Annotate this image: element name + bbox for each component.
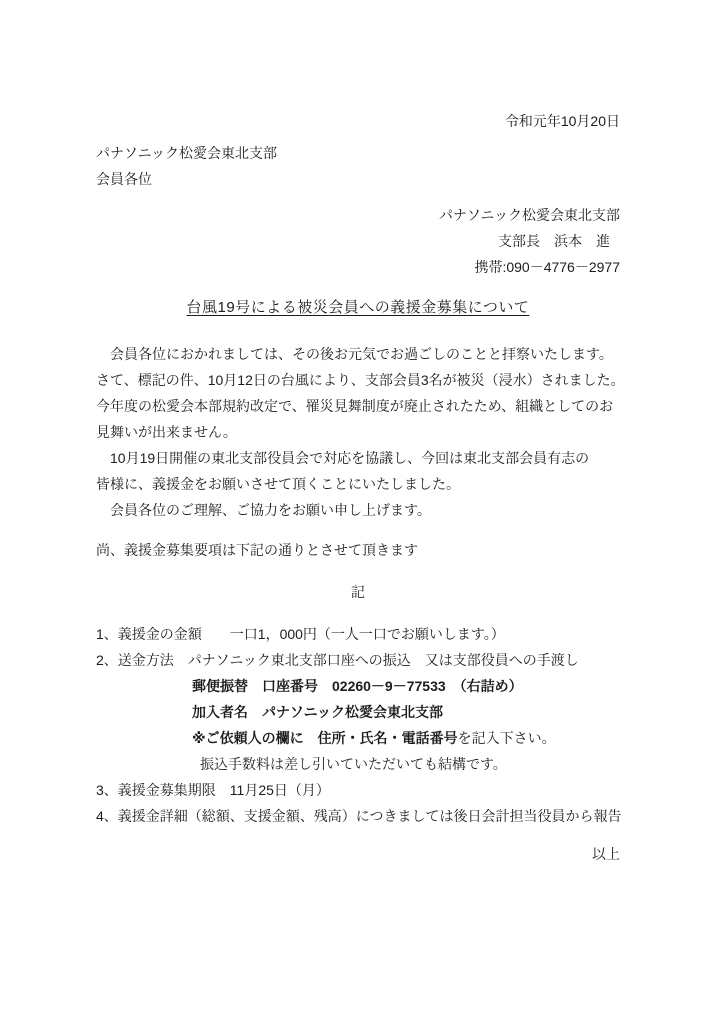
recipient-salutation: 会員各位 xyxy=(96,166,620,192)
body-line: 見舞いが出来ません。 xyxy=(96,419,620,445)
body-line: 今年度の松愛会本部規約改定で、罹災見舞制度が廃止されたため、組織としてのお xyxy=(96,393,620,419)
body-line: 会員各位におかれましては、その後お元気でお過ごしのことと拝察いたします。 xyxy=(96,341,620,367)
body-line: 会員各位のご理解、ご協力をお願い申し上げます。 xyxy=(96,497,620,523)
sender-chief: 支部長 浜本 進 xyxy=(96,228,620,254)
letter-page: 令和元年10月20日 パナソニック松愛会東北支部 会員各位 パナソニック松愛会東… xyxy=(0,0,724,1024)
recipient-block: パナソニック松愛会東北支部 会員各位 xyxy=(96,140,620,192)
date-line: 令和元年10月20日 xyxy=(96,108,620,134)
document-title: 台風19号による被災会員への義援金募集について xyxy=(187,299,530,316)
record-marker: 記 xyxy=(96,579,620,605)
sender-org: パナソニック松愛会東北支部 xyxy=(96,202,620,228)
remitter-note-bold: ※ご依頼人の欄に 住所・氏名・電話番号 xyxy=(192,730,458,746)
list-item-amount: 1、義援金の金額 一口1，000円（一人一口でお願いします。） xyxy=(96,621,620,647)
remitter-note-rest: を記入下さい。 xyxy=(458,730,556,746)
recipient-org: パナソニック松愛会東北支部 xyxy=(96,140,620,166)
remitter-note-line: ※ご依頼人の欄に 住所・氏名・電話番号を記入下さい。 xyxy=(96,725,620,751)
list-item-method: 2、送金方法 パナソニック東北支部口座への振込 又は支部役員への手渡し xyxy=(96,647,620,673)
fee-note-line: 振込手数料は差し引いていただいても結構です。 xyxy=(96,751,620,777)
notice-line: 尚、義援金募集要項は下記の通りとさせて頂きます xyxy=(96,537,620,563)
sender-phone: 携帯:090－4776－2977 xyxy=(96,254,620,280)
title-row: 台風19号による被災会員への義援金募集について xyxy=(96,294,620,321)
account-holder-line: 加入者名 パナソニック松愛会東北支部 xyxy=(96,699,620,725)
body-line: 10月19日開催の東北支部役員会で対応を協議し、今回は東北支部会員有志の xyxy=(96,445,620,471)
list-item-report: 4、義援金詳細（総額、支援金額、残高）につきましては後日会計担当役員から報告 xyxy=(96,803,620,829)
closing-word: 以上 xyxy=(96,841,620,867)
body-line: 皆様に、義援金をお願いさせて頂くことにいたしました。 xyxy=(96,471,620,497)
sender-block: パナソニック松愛会東北支部 支部長 浜本 進 携帯:090－4776－2977 xyxy=(96,202,620,280)
transfer-account-line: 郵便振替 口座番号 02260－9－77533 （右詰め） xyxy=(96,673,620,699)
body-paragraphs: 会員各位におかれましては、その後お元気でお過ごしのことと拝察いたします。 さて、… xyxy=(96,341,620,523)
list-item-deadline: 3、義援金募集期限 11月25日（月） xyxy=(96,777,620,803)
body-line: さて、標記の件、10月12日の台風により、支部会員3名が被災（浸水）されました。 xyxy=(96,367,620,393)
requirements-list: 1、義援金の金額 一口1，000円（一人一口でお願いします。） 2、送金方法 パ… xyxy=(96,621,620,829)
